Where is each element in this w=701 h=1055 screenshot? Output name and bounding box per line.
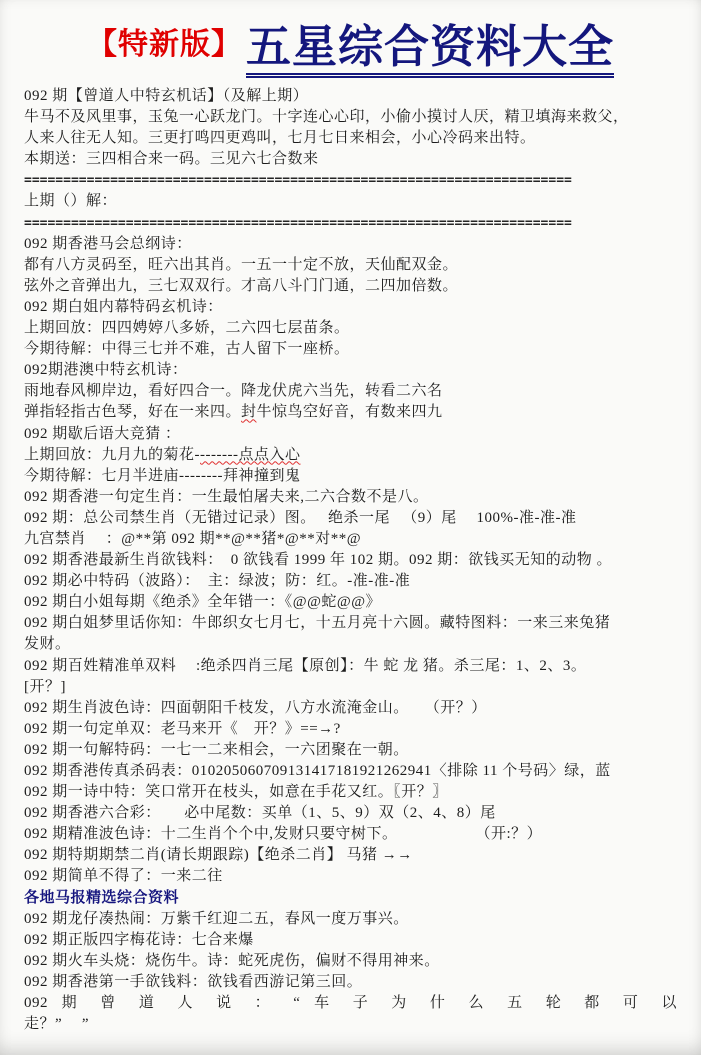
text-line: [开？]	[24, 677, 677, 698]
text-line: 走？” ”	[24, 1014, 677, 1035]
text-line: 092 期特期期禁二肖(请长期跟踪)【绝杀二肖】 马猪 →→	[24, 845, 677, 866]
text-line: 092 期香港一句定生肖：一生最怕屠夫来,二六合数不是八。	[24, 487, 677, 508]
text-line: 092 期龙仔凑热闹：万紫千红迎二五，春风一度万事兴。	[24, 909, 677, 930]
page-title: 五星综合资料大全	[246, 22, 614, 78]
red-underlined-text: -------点点入心	[200, 447, 300, 463]
edition-badge: 【特新版】	[87, 28, 242, 61]
text-line: 都有八方灵码至，旺六出其肖。一五一十定不放，天仙配双金。	[24, 255, 677, 276]
text-line: 092 期香港最新生肖欲钱料： 0 欲钱看 1999 年 102 期。092 期…	[24, 550, 677, 571]
text-segment: 上期回放：九月九的菊花-	[24, 447, 200, 463]
text-line: 上期回放：四四娉婷八多娇，二六四七层苗条。	[24, 318, 677, 339]
text-line: 092 期必中特码（波路）： 主：绿波；防：红。-准-准-准	[24, 571, 677, 592]
text-line: 092 期香港传真杀码表：010205060709131417181921262…	[24, 761, 677, 782]
text-line: 今期待解：中得三七并不难，古人留下一座桥。	[24, 339, 677, 360]
text-segment: 牛惊鸟空好音，有数来四九	[257, 404, 443, 420]
text-line: 092 期：总公司禁生肖（无错过记录）图。 绝杀一尾 （9）尾 100%-准-准…	[24, 508, 677, 529]
text-line: 092 期香港马会总纲诗：	[24, 234, 677, 255]
text-line: 发财。	[24, 634, 677, 655]
text-line: 092 期精准波色诗：十二生肖个个中,发财只要守树下。 （开:？）	[24, 824, 677, 845]
text-line: 弦外之音弹出九，三七双双行。才高八斗门门通，二四加倍数。	[24, 276, 677, 297]
text-line: 092 期一句定单双：老马来开《 开？》==→?	[24, 719, 677, 740]
red-underlined-text: 封	[241, 404, 257, 420]
document-page: 【特新版】 五星综合资料大全 092 期【曾道人中特玄机话】（及解上期）牛马不及…	[0, 0, 701, 1055]
text-line: 上期（）解：	[24, 191, 677, 212]
text-line: 092 期火车头烧：烧伤牛。诗：蛇死虎伤，偏财不得用神来。	[24, 951, 677, 972]
text-line: 092 期香港第一手欲钱料：欲钱看西游记第三回。	[24, 972, 677, 993]
text-line: 各地马报精选综合资料	[24, 888, 677, 909]
text-line: 人来人往无人知。三更打鸣四更鸡叫，七月七日来相会，小心冷码来出特。	[24, 128, 677, 149]
text-line: 上期回放：九月九的菊花--------点点入心	[24, 445, 677, 466]
text-line: 092 期正版四字梅花诗：七合来爆	[24, 930, 677, 951]
text-line: 092 期简单不得了：一来二往	[24, 866, 677, 887]
text-line: 092 期一句解特码：一七一二来相会，一六团聚在一朝。	[24, 740, 677, 761]
text-line: 092期港澳中特玄机诗：	[24, 360, 677, 381]
text-line: 今期待解：七月半进庙--------拜神撞到鬼	[24, 466, 677, 487]
text-line: 092 期白小姐每期《绝杀》全年错一：《@@蛇@@》	[24, 592, 677, 613]
text-line: 092 期白姐梦里话你知：牛郎织女七月七，十五月亮十六圆。藏特图料：一来三来兔猪	[24, 613, 677, 634]
text-line: 牛马不及风里事，玉兔一心跃龙门。十字连心心印，小偷小摸讨人厌，精卫填海来救父，	[24, 107, 677, 128]
text-line: 092 期白姐内幕特码玄机诗：	[24, 297, 677, 318]
text-line: ========================================…	[24, 213, 677, 234]
content: 092 期【曾道人中特玄机话】（及解上期）牛马不及风里事，玉兔一心跃龙门。十字连…	[0, 82, 701, 1035]
text-segment: 弹指轻指古色琴，好在一来四。	[24, 404, 241, 420]
text-line: 092 期香港六合彩： 必中尾数：买单（1、5、9）双（2、4、8）尾	[24, 803, 677, 824]
text-line: ========================================…	[24, 170, 677, 191]
text-line: 本期送：三四相合来一码。三见六七合数来	[24, 149, 677, 170]
text-line: 092 期生肖波色诗：四面朝阳千枝发，八方水流淹金山。 （开？）	[24, 698, 677, 719]
text-line: 092 期歇后语大竞猜 ：	[24, 424, 677, 445]
text-line: 092 期【曾道人中特玄机话】（及解上期）	[24, 86, 677, 107]
text-line: 092 期一诗中特：笑口常开在枝头，如意在手花又红。〖开？〗	[24, 782, 677, 803]
text-line: 九宫禁肖 ：@**第 092 期**@**猪*@**对**@	[24, 529, 677, 550]
text-line: 弹指轻指古色琴，好在一来四。封牛惊鸟空好音，有数来四九	[24, 402, 677, 423]
text-line: 092 期百姓精准单双料 :绝杀四肖三尾【原创】：牛 蛇 龙 猪。杀三尾：1、2…	[24, 656, 677, 677]
page-header: 【特新版】 五星综合资料大全	[0, 0, 701, 82]
text-line: 雨地春风柳岸边，看好四合一。降龙伏虎六当先，转看二六名	[24, 381, 677, 402]
text-line: 092 期 曾 道 人 说 ： “ 车 子 为 什 么 五 轮 都 可 以	[24, 993, 677, 1014]
